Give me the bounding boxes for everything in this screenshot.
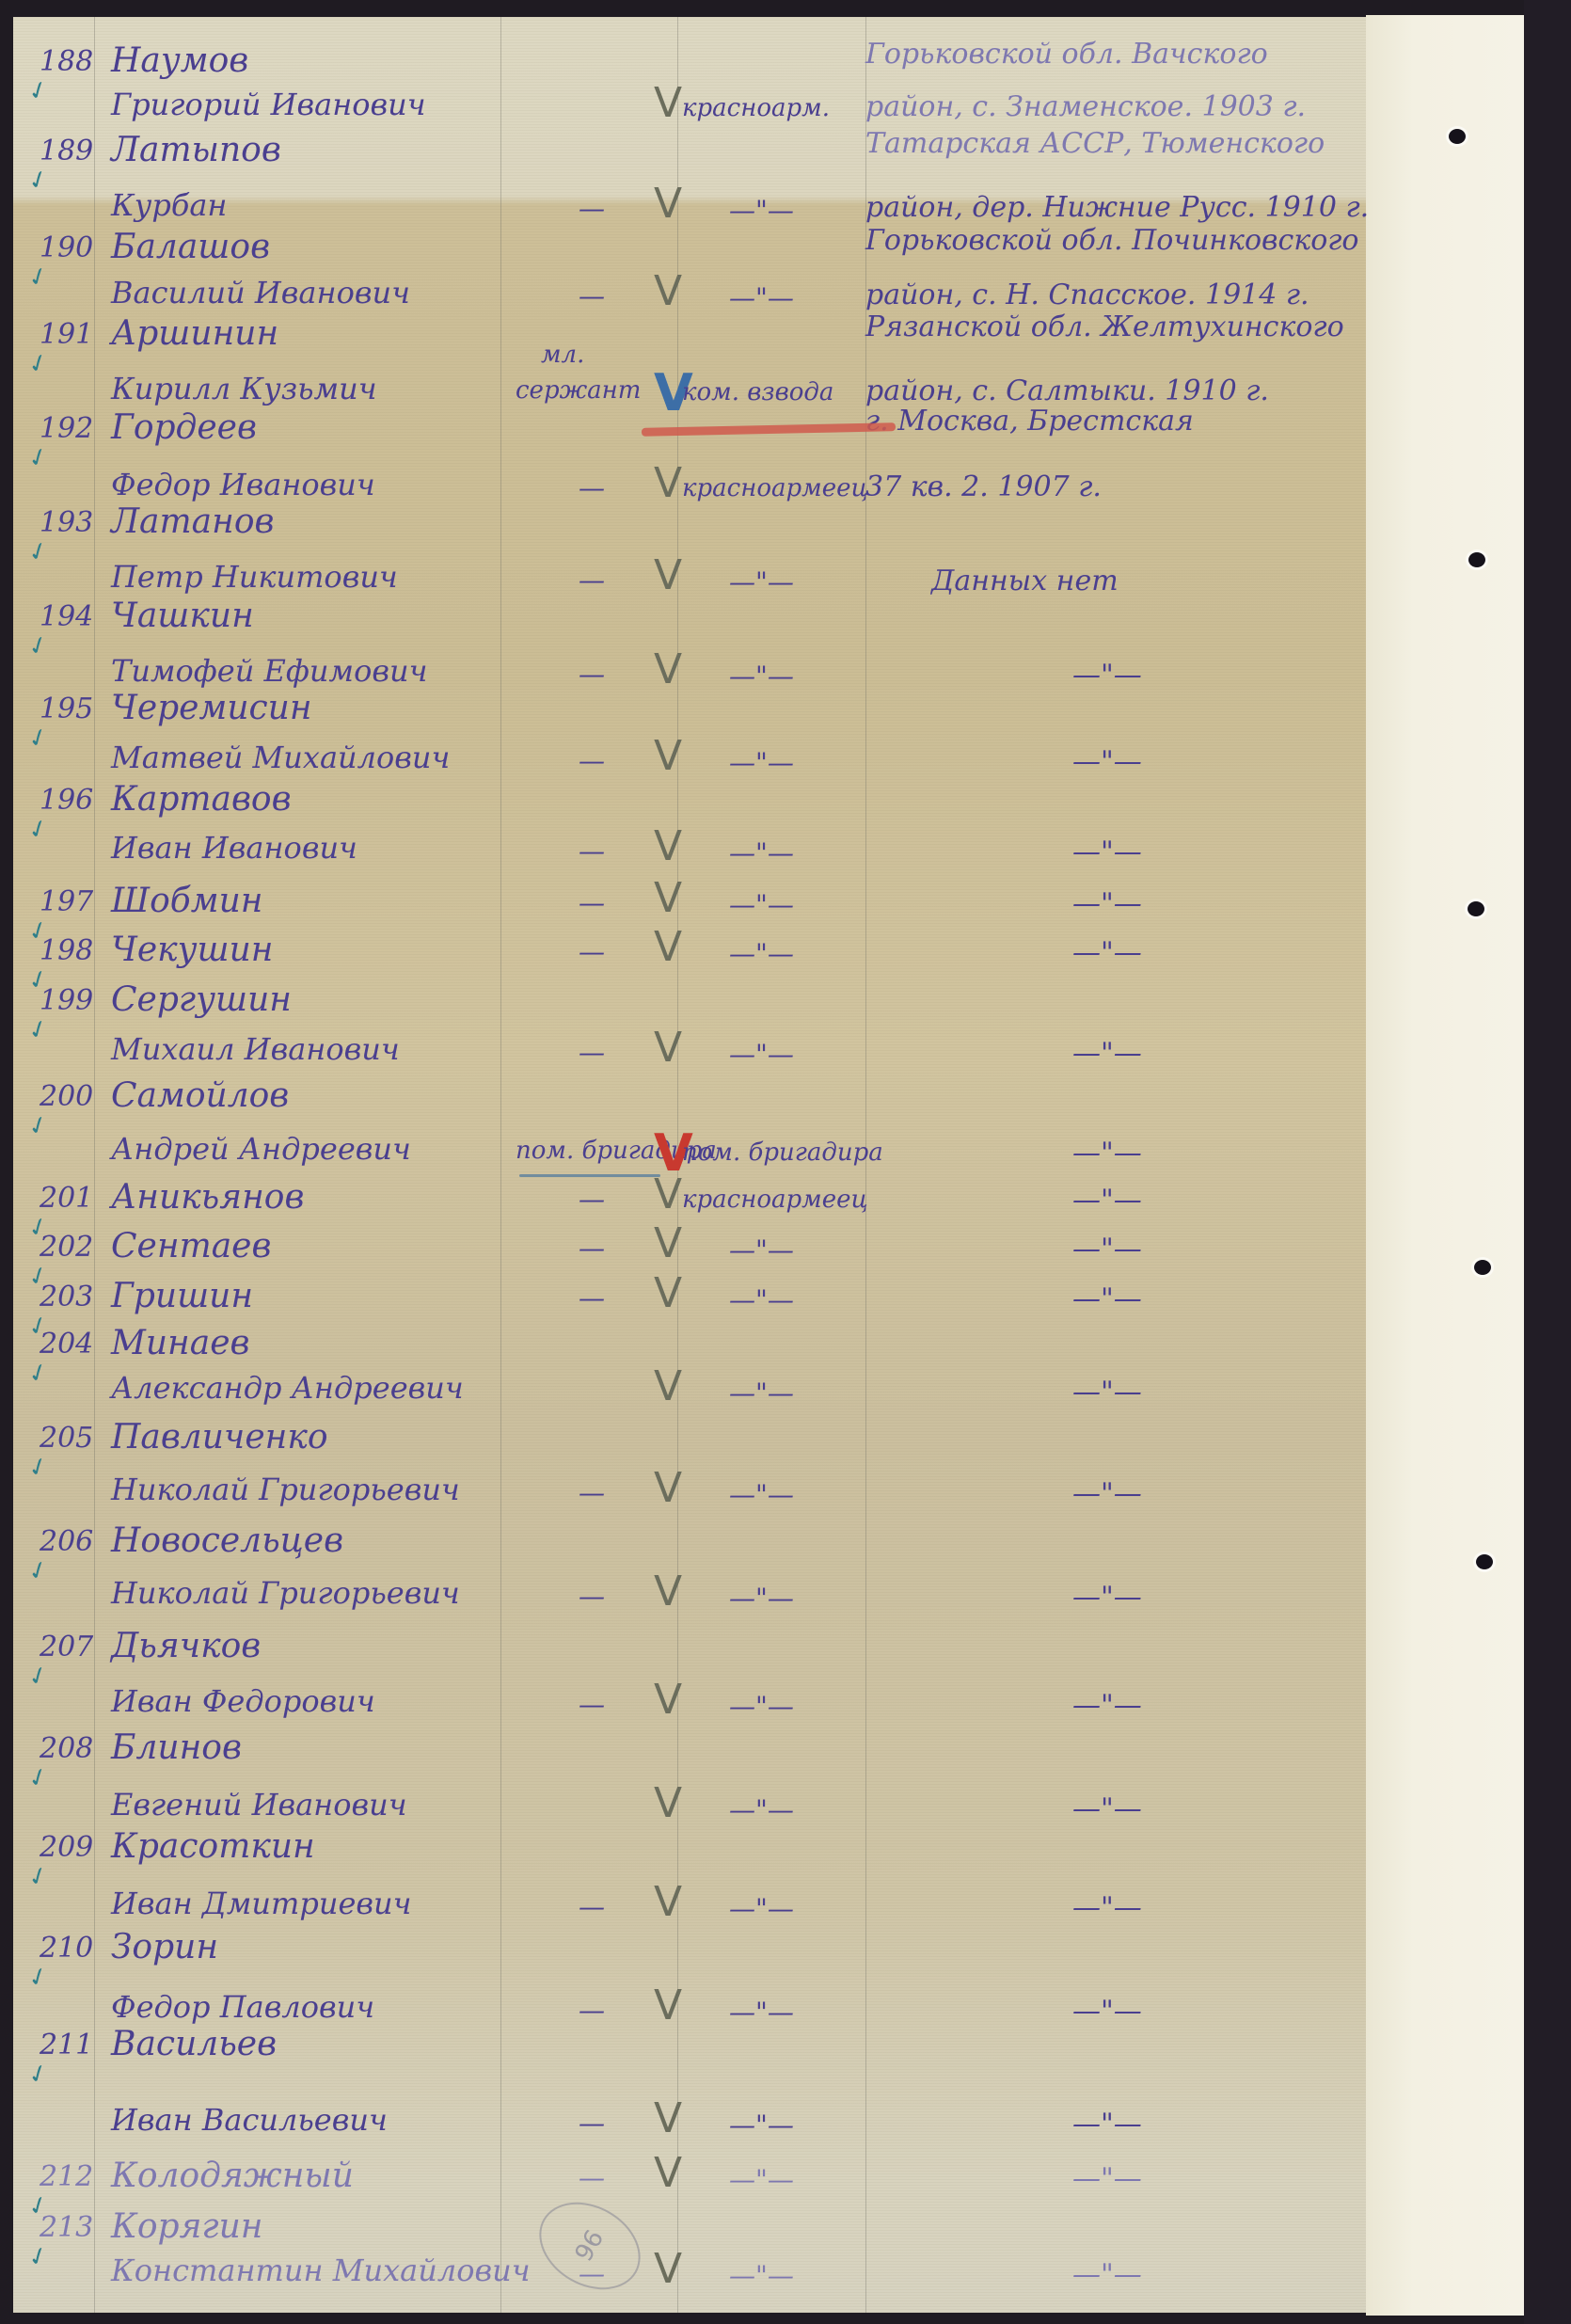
given-name: Федор Иванович bbox=[111, 467, 375, 502]
row-number: 208 bbox=[40, 1732, 93, 1765]
row-number: 189 bbox=[40, 135, 93, 167]
column-rule bbox=[500, 17, 501, 2313]
surname: Корягин bbox=[111, 2207, 263, 2246]
birthplace-line: —"— bbox=[1072, 1581, 1142, 1614]
birthplace-line: г. Москва, Брестская bbox=[865, 405, 1194, 438]
surname: Зорин bbox=[111, 1928, 218, 1966]
grey-check-mark-icon: V bbox=[654, 822, 682, 870]
row-number: 207 bbox=[40, 1631, 93, 1663]
binding-margin-strip bbox=[1366, 15, 1524, 2316]
surname: Чашкин bbox=[111, 597, 254, 635]
surname: Гордеев bbox=[111, 408, 257, 447]
position: —"— bbox=[729, 2260, 794, 2291]
birthplace-line: —"— bbox=[1072, 2108, 1142, 2141]
row-number: 202 bbox=[40, 1231, 93, 1264]
birthplace-line: Татарская АССР, Тюменского bbox=[865, 127, 1325, 160]
surname: Наумов bbox=[111, 41, 248, 80]
rank: — bbox=[579, 472, 605, 503]
birthplace-line: —"— bbox=[1072, 745, 1142, 778]
surname: Чекушин bbox=[111, 931, 274, 969]
rank: — bbox=[579, 565, 605, 596]
birthplace-line: —"— bbox=[1072, 936, 1142, 969]
position: ком. взвода bbox=[682, 378, 833, 406]
rank: — bbox=[579, 936, 605, 967]
rank: — bbox=[579, 280, 605, 311]
given-name: Иван Дмитриевич bbox=[111, 1886, 412, 1921]
given-name: Федор Павлович bbox=[111, 1989, 374, 2025]
birthplace-line: Рязанской обл. Желтухинского bbox=[865, 310, 1344, 343]
given-name: Евгений Иванович bbox=[111, 1787, 407, 1823]
surname: Картавов bbox=[111, 780, 292, 819]
position: —"— bbox=[729, 1794, 794, 1825]
rank: — bbox=[579, 836, 605, 867]
grey-check-mark-icon: V bbox=[654, 1219, 682, 1267]
row-number: 194 bbox=[40, 600, 93, 633]
row-number: 213 bbox=[40, 2211, 93, 2244]
position: —"— bbox=[729, 1039, 794, 1070]
position: красноармеец bbox=[682, 474, 868, 502]
grey-check-mark-icon: V bbox=[654, 923, 682, 971]
given-name: Матвей Михайлович bbox=[111, 740, 450, 775]
birthplace-line: —"— bbox=[1072, 1477, 1142, 1510]
punch-hole-icon bbox=[1474, 1260, 1491, 1275]
birthplace-line: —"— bbox=[1072, 1376, 1142, 1409]
birthplace-line: район, с. Н. Спасское. 1914 г. bbox=[865, 279, 1309, 311]
rank: — bbox=[579, 1581, 605, 1612]
birthplace-line: —"— bbox=[1072, 887, 1142, 920]
grey-check-mark-icon: V bbox=[654, 1269, 682, 1317]
grey-check-mark-icon: V bbox=[654, 1568, 682, 1616]
position: —"— bbox=[729, 2109, 794, 2141]
position: —"— bbox=[729, 282, 794, 313]
birthplace-line: —"— bbox=[1072, 2258, 1142, 2291]
position: —"— bbox=[729, 1479, 794, 1510]
surname: Сентаев bbox=[111, 1227, 271, 1265]
surname: Аршинин bbox=[111, 314, 278, 353]
row-number: 198 bbox=[40, 934, 93, 967]
surname: Латыпов bbox=[111, 131, 281, 169]
surname: Минаев bbox=[111, 1324, 249, 1362]
grey-check-mark-icon: V bbox=[654, 459, 682, 507]
rank: — bbox=[579, 1037, 605, 1068]
birthplace-line: —"— bbox=[1072, 2162, 1142, 2195]
birthplace-line: —"— bbox=[1072, 1137, 1142, 1170]
scan-background bbox=[1524, 0, 1571, 2324]
given-name: Иван Федорович bbox=[111, 1683, 375, 1719]
surname: Дьячков bbox=[111, 1627, 261, 1665]
surname: Сергушин bbox=[111, 980, 292, 1019]
position: —"— bbox=[729, 837, 794, 868]
birthplace-line: Данных нет bbox=[931, 565, 1119, 597]
birthplace-line: —"— bbox=[1072, 1282, 1142, 1315]
given-name: Константин Михайлович bbox=[111, 2252, 531, 2288]
grey-check-mark-icon: V bbox=[654, 1362, 682, 1410]
punch-hole-icon bbox=[1476, 1554, 1493, 1569]
position: красноарм. bbox=[682, 94, 830, 122]
given-name: Михаил Иванович bbox=[111, 1031, 400, 1067]
position: —"— bbox=[729, 747, 794, 778]
position: —"— bbox=[729, 1583, 794, 1614]
row-number: 192 bbox=[40, 412, 93, 445]
surname: Балашов bbox=[111, 228, 270, 266]
grey-check-mark-icon: V bbox=[654, 1464, 682, 1512]
surname: Колодяжный bbox=[111, 2157, 354, 2195]
given-name: Николай Григорьевич bbox=[111, 1575, 460, 1611]
rank: — bbox=[579, 1891, 605, 1922]
birthplace-line: район, с. Салтыки. 1910 г. bbox=[865, 374, 1269, 407]
rank: — bbox=[579, 1995, 605, 2026]
rank: — bbox=[579, 1689, 605, 1720]
grey-check-mark-icon: V bbox=[654, 1982, 682, 2030]
column-rule bbox=[94, 17, 95, 2313]
grey-check-mark-icon: V bbox=[654, 1779, 682, 1827]
position: —"— bbox=[729, 2164, 794, 2195]
rank: — bbox=[579, 1282, 605, 1313]
position: —"— bbox=[729, 1997, 794, 2028]
position: —"— bbox=[729, 1893, 794, 1924]
rank: — bbox=[579, 745, 605, 776]
given-name: Николай Григорьевич bbox=[111, 1472, 460, 1507]
surname: Шобмин bbox=[111, 882, 262, 920]
birthplace-line: —"— bbox=[1072, 836, 1142, 868]
birthplace-line: —"— bbox=[1072, 1184, 1142, 1217]
birthplace-line: —"— bbox=[1072, 1037, 1142, 1070]
stamp-number: 96 bbox=[570, 2225, 611, 2267]
given-name: Петр Никитович bbox=[111, 559, 398, 595]
birthplace-line: Горьковской обл. Починковского bbox=[865, 224, 1359, 257]
grey-check-mark-icon: V bbox=[654, 732, 682, 780]
given-name: Василий Иванович bbox=[111, 275, 410, 310]
row-number: 195 bbox=[40, 692, 93, 725]
rank: — bbox=[579, 1184, 605, 1215]
row-number: 190 bbox=[40, 231, 93, 264]
given-name: Григорий Иванович bbox=[111, 87, 426, 122]
rank: — bbox=[579, 2108, 605, 2139]
surname: Аникьянов bbox=[111, 1178, 304, 1217]
grey-check-mark-icon: V bbox=[654, 645, 682, 693]
grey-check-mark-icon: V bbox=[654, 180, 682, 228]
surname: Латанов bbox=[111, 502, 274, 541]
grey-check-mark-icon: V bbox=[654, 2149, 682, 2197]
blue-underline bbox=[519, 1174, 660, 1177]
grey-check-mark-icon: V bbox=[654, 874, 682, 922]
punch-hole-icon bbox=[1449, 129, 1466, 144]
position: красноармеец bbox=[682, 1186, 868, 1214]
grey-check-mark-icon: V bbox=[654, 551, 682, 599]
rank: сержант bbox=[516, 376, 641, 405]
grey-check-mark-icon: V bbox=[654, 2094, 682, 2142]
grey-check-mark-icon: V bbox=[654, 1878, 682, 1926]
row-number: 210 bbox=[40, 1932, 93, 1965]
row-number: 200 bbox=[40, 1080, 93, 1113]
row-number: 205 bbox=[40, 1422, 93, 1455]
row-number: 203 bbox=[40, 1281, 93, 1313]
position: —"— bbox=[729, 1284, 794, 1315]
surname: Гришин bbox=[111, 1277, 253, 1315]
position: —"— bbox=[729, 1377, 794, 1409]
birthplace-line: —"— bbox=[1072, 659, 1142, 692]
grey-check-mark-icon: V bbox=[654, 1170, 682, 1218]
surname: Блинов bbox=[111, 1728, 242, 1767]
birthplace-line: 37 кв. 2. 1907 г. bbox=[865, 470, 1102, 503]
grey-check-mark-icon: V bbox=[654, 1024, 682, 1072]
row-number: 209 bbox=[40, 1831, 93, 1864]
rank: — bbox=[579, 2162, 605, 2193]
surname: Новосельцев bbox=[111, 1521, 343, 1560]
surname: Павличенко bbox=[111, 1418, 328, 1456]
row-number: 204 bbox=[40, 1328, 93, 1361]
row-number: 193 bbox=[40, 506, 93, 539]
row-number: 196 bbox=[40, 784, 93, 817]
row-number: 199 bbox=[40, 984, 93, 1017]
surname: Красоткин bbox=[111, 1827, 315, 1866]
given-name: Иван Васильевич bbox=[111, 2102, 388, 2138]
position: —"— bbox=[729, 661, 794, 692]
position: —"— bbox=[729, 889, 794, 920]
row-number: 191 bbox=[40, 318, 93, 351]
grey-check-mark-icon: V bbox=[654, 79, 682, 127]
birthplace-line: —"— bbox=[1072, 1689, 1142, 1722]
position: —"— bbox=[729, 1691, 794, 1722]
punch-hole-icon bbox=[1468, 901, 1484, 916]
position: —"— bbox=[729, 195, 794, 226]
position: —"— bbox=[729, 1234, 794, 1265]
given-name: Тимофей Ефимович bbox=[111, 653, 427, 689]
row-number: 188 bbox=[40, 45, 93, 78]
position: —"— bbox=[729, 566, 794, 597]
birthplace-line: —"— bbox=[1072, 1792, 1142, 1825]
punch-hole-icon bbox=[1468, 552, 1485, 567]
position: пом. бригадира bbox=[682, 1138, 883, 1167]
row-number: 201 bbox=[40, 1182, 93, 1215]
row-number: 212 bbox=[40, 2160, 93, 2193]
grey-check-mark-icon: V bbox=[654, 2245, 682, 2293]
given-name: Иван Иванович bbox=[111, 830, 357, 866]
given-name: Александр Андреевич bbox=[111, 1370, 464, 1406]
row-number: 206 bbox=[40, 1525, 93, 1558]
birthplace-line: —"— bbox=[1072, 1233, 1142, 1265]
grey-check-mark-icon: V bbox=[654, 1676, 682, 1724]
given-name: Андрей Андреевич bbox=[111, 1131, 411, 1167]
row-number: 211 bbox=[40, 2029, 93, 2061]
birthplace-line: —"— bbox=[1072, 1891, 1142, 1924]
birthplace-line: район, с. Знаменское. 1903 г. bbox=[865, 90, 1306, 123]
surname: Самойлов bbox=[111, 1076, 289, 1115]
rank: — bbox=[579, 1233, 605, 1264]
birthplace-line: Горьковской обл. Вачского bbox=[865, 38, 1268, 71]
row-number: 197 bbox=[40, 885, 93, 918]
surname: Черемисин bbox=[111, 689, 312, 727]
rank: — bbox=[579, 1477, 605, 1508]
rank: — bbox=[579, 659, 605, 690]
given-name: Курбан bbox=[111, 187, 228, 223]
rank-prefix: мл. bbox=[541, 341, 584, 369]
grey-check-mark-icon: V bbox=[654, 267, 682, 315]
birthplace-line: район, дер. Нижние Русс. 1910 г. bbox=[865, 191, 1369, 224]
surname: Васильев bbox=[111, 2025, 277, 2063]
position: —"— bbox=[729, 938, 794, 969]
birthplace-line: —"— bbox=[1072, 1995, 1142, 2028]
rank: — bbox=[579, 193, 605, 224]
given-name: Кирилл Кузьмич bbox=[111, 371, 377, 406]
rank: — bbox=[579, 887, 605, 918]
